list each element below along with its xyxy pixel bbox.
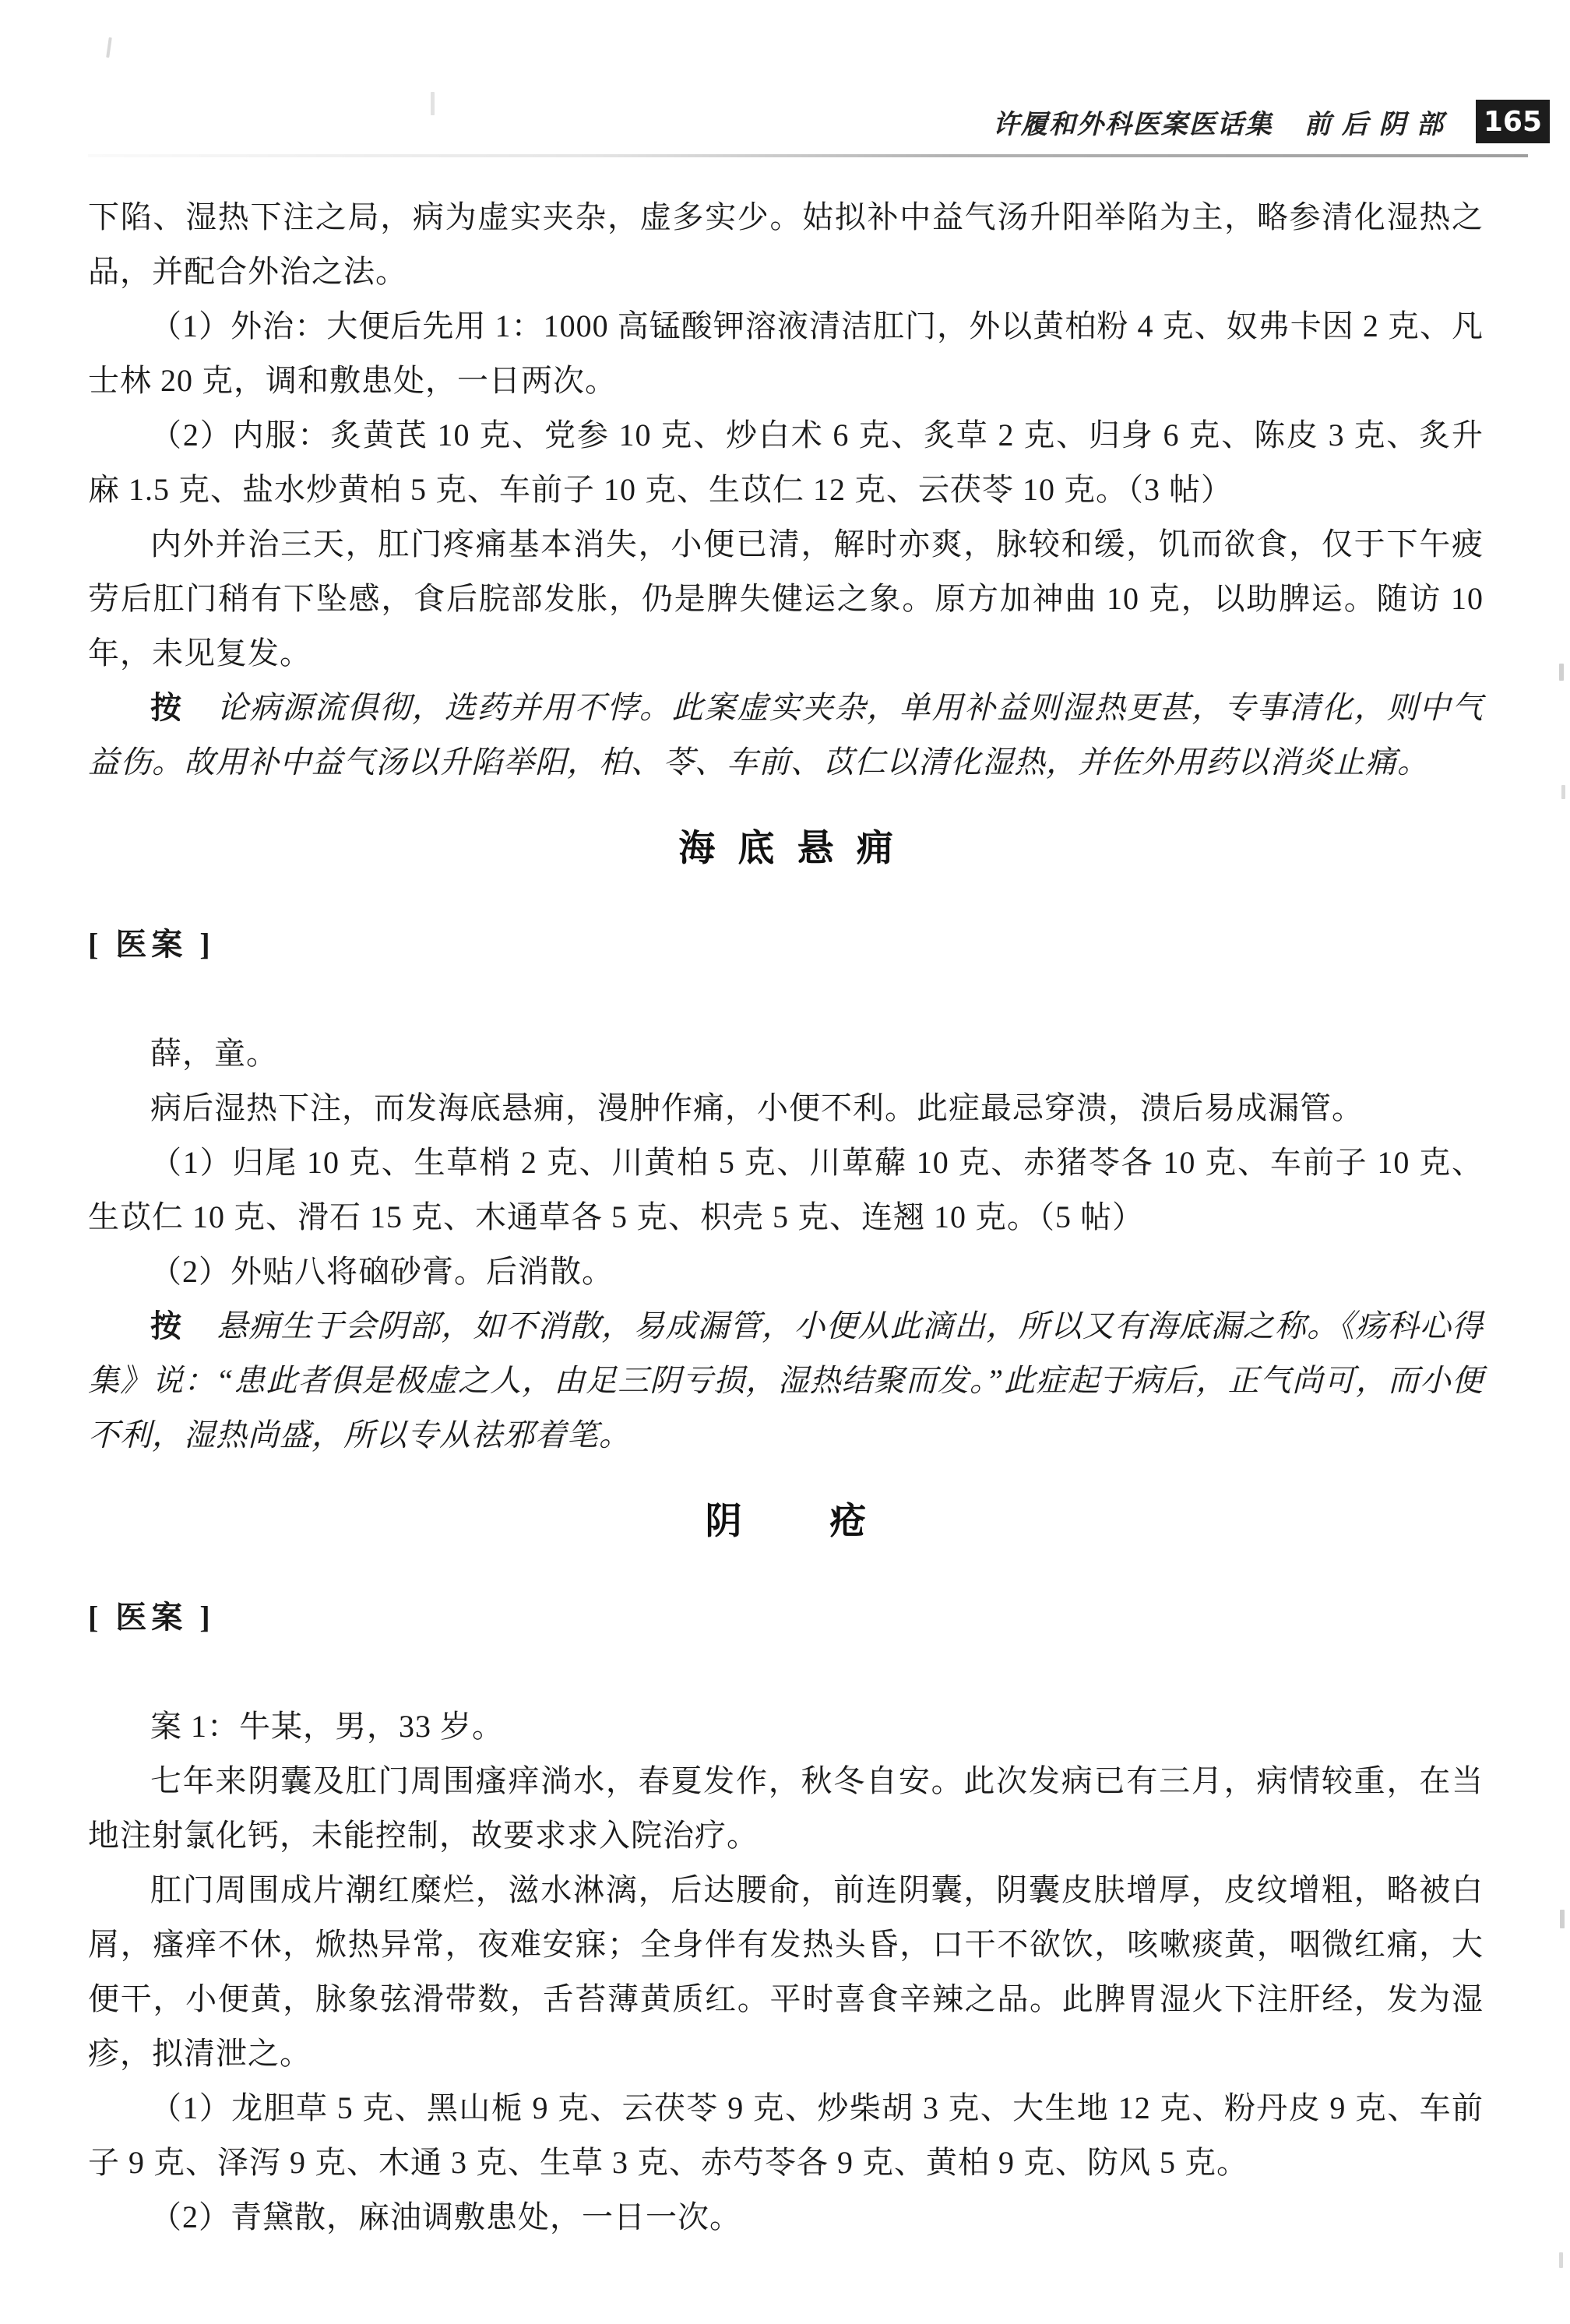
paragraph-case1-patient: 案 1：牛某，男，33 岁。: [88, 1699, 1484, 1754]
running-header: 许履和外科医案医话集 前后阴部 165: [88, 100, 1550, 143]
paragraph-presentation: 病后湿热下注，而发海底悬痈，漫肿作痛，小便不利。此症最忌穿溃，溃后易成漏管。: [88, 1081, 1484, 1136]
note-text: 悬痈生于会阴部，如不消散，易成漏管，小便从此滴出，所以又有海底漏之称。《疡科心得…: [88, 1308, 1484, 1452]
paragraph-prescription-2: （2）外贴八将硇砂膏。后消散。: [88, 1245, 1484, 1299]
book-title: 许履和外科医案医话集: [993, 103, 1273, 141]
note-label: 按: [150, 690, 183, 725]
header-titles: 许履和外科医案医话集 前后阴部: [993, 103, 1454, 141]
paragraph-outcome: 内外并治三天，肛门疼痛基本消失，小便已清，解时亦爽，脉较和缓，饥而欲食，仅于下午…: [88, 517, 1484, 681]
chapter-title: 前后阴部: [1304, 103, 1454, 141]
paragraph-case1-prescription-2: （2）青黛散，麻油调敷患处，一日一次。: [88, 2190, 1484, 2245]
scan-artifact: [1559, 2252, 1563, 2268]
section-heading-haidi-xuanyong: 海底悬痈: [88, 826, 1484, 872]
scan-artifact: [1559, 664, 1564, 681]
note-text: 论病源流俱彻，选药并用不悖。此案虚实夹杂，单用补益则湿热更甚，专事清化，则中气益…: [88, 690, 1484, 780]
paragraph-internal-prescription: （2）内服：炙黄芪 10 克、党参 10 克、炒白术 6 克、炙草 2 克、归身…: [88, 408, 1484, 517]
case-record-label: [ 医案 ]: [88, 1590, 1484, 1645]
scan-artifact: [106, 37, 112, 58]
paragraph-case1-exam: 肛门周围成片潮红糜烂，滋水淋漓，后达腰俞，前连阴囊，阴囊皮肤增厚，皮纹增粗，略被…: [88, 1863, 1484, 2081]
note-commentary: 按论病源流俱彻，选药并用不悖。此案虚实夹杂，单用补益则湿热更甚，专事清化，则中气…: [88, 681, 1484, 790]
page-body: 下陷、湿热下注之局，病为虚实夹杂，虚多实少。姑拟补中益气汤升阳举陷为主，略参清化…: [88, 190, 1484, 2245]
paragraph-patient: 薛，童。: [88, 1026, 1484, 1081]
note-label: 按: [150, 1308, 182, 1343]
paragraph-case1-history: 七年来阴囊及肛门周围瘙痒淌水，春夏发作，秋冬自安。此次发病已有三月，病情较重，在…: [88, 1754, 1484, 1863]
section-heading-yinchuang: 阴疮: [88, 1498, 1484, 1545]
case-record-label: [ 医案 ]: [88, 917, 1484, 972]
page-number-badge: 165: [1476, 100, 1550, 143]
book-page: 许履和外科医案医话集 前后阴部 165 下陷、湿热下注之局，病为虚实夹杂，虚多实…: [0, 0, 1570, 2324]
header-divider: [88, 154, 1528, 157]
scan-artifact: [1561, 785, 1565, 799]
scan-artifact: [1560, 1910, 1565, 1928]
paragraph-external-treatment: （1）外治：大便后先用 1：1000 高锰酸钾溶液清洁肛门，外以黄柏粉 4 克、…: [88, 299, 1484, 408]
paragraph-prescription-1: （1）归尾 10 克、生草梢 2 克、川黄柏 5 克、川萆薢 10 克、赤猪苓各…: [88, 1136, 1484, 1245]
paragraph-case1-prescription-1: （1）龙胆草 5 克、黑山栀 9 克、云茯苓 9 克、炒柴胡 3 克、大生地 1…: [88, 2081, 1484, 2190]
note-commentary: 按悬痈生于会阴部，如不消散，易成漏管，小便从此滴出，所以又有海底漏之称。《疡科心…: [88, 1299, 1484, 1463]
paragraph-continuation: 下陷、湿热下注之局，病为虚实夹杂，虚多实少。姑拟补中益气汤升阳举陷为主，略参清化…: [88, 190, 1484, 299]
